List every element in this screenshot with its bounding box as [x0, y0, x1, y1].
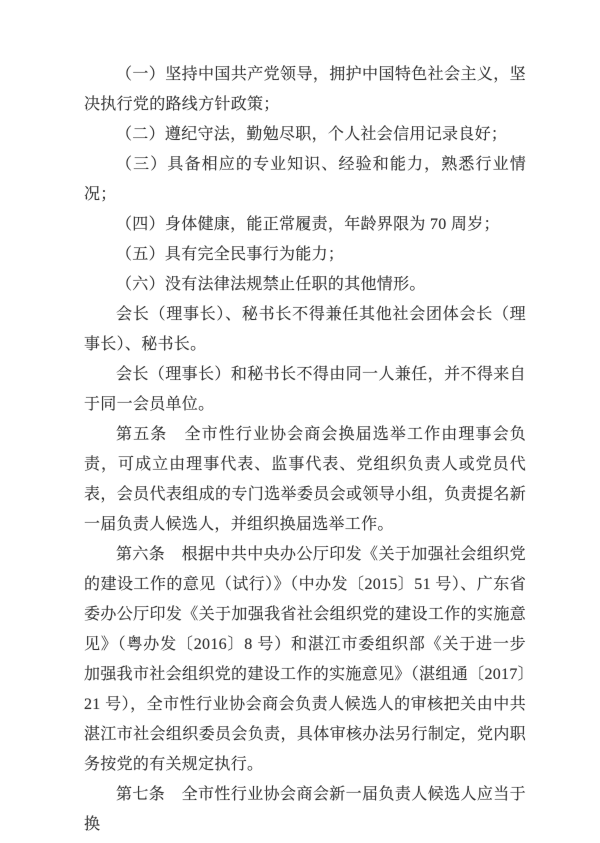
article-6-paragraph: 第六条 根据中共中央办公厅印发《关于加强社会组织党的建设工作的意见（试行）》（中… — [84, 540, 526, 780]
qualification-item-6: （六）没有法律法规禁止任职的其他情形。 — [84, 270, 526, 300]
article-7-paragraph: 第七条 全市性行业协会商会新一届负责人候选人应当于换 — [84, 780, 526, 840]
article-5-paragraph: 第五条 全市性行业协会商会换届选举工作由理事会负责，可成立由理事代表、监事代表、… — [84, 420, 526, 540]
document-page: （一）坚持中国共产党领导，拥护中国特色社会主义，坚决执行党的路线方针政策； （二… — [0, 0, 600, 843]
para-concurrent-post-restriction: 会长（理事长）、秘书长不得兼任其他社会团体会长（理事长）、秘书长。 — [84, 300, 526, 360]
qualification-item-1: （一）坚持中国共产党领导，拥护中国特色社会主义，坚决执行党的路线方针政策； — [84, 60, 526, 120]
document-body-text: （一）坚持中国共产党领导，拥护中国特色社会主义，坚决执行党的路线方针政策； （二… — [0, 0, 600, 843]
qualification-item-5: （五）具有完全民事行为能力； — [84, 240, 526, 270]
qualification-item-2: （二）遵纪守法，勤勉尽职，个人社会信用记录良好； — [84, 120, 526, 150]
qualification-item-3: （三）具备相应的专业知识、经验和能力，熟悉行业情况； — [84, 150, 526, 210]
para-same-person-restriction: 会长（理事长）和秘书长不得由同一人兼任，并不得来自于同一会员单位。 — [84, 360, 526, 420]
qualification-item-4: （四）身体健康，能正常履责，年龄界限为 70 周岁； — [84, 210, 526, 240]
